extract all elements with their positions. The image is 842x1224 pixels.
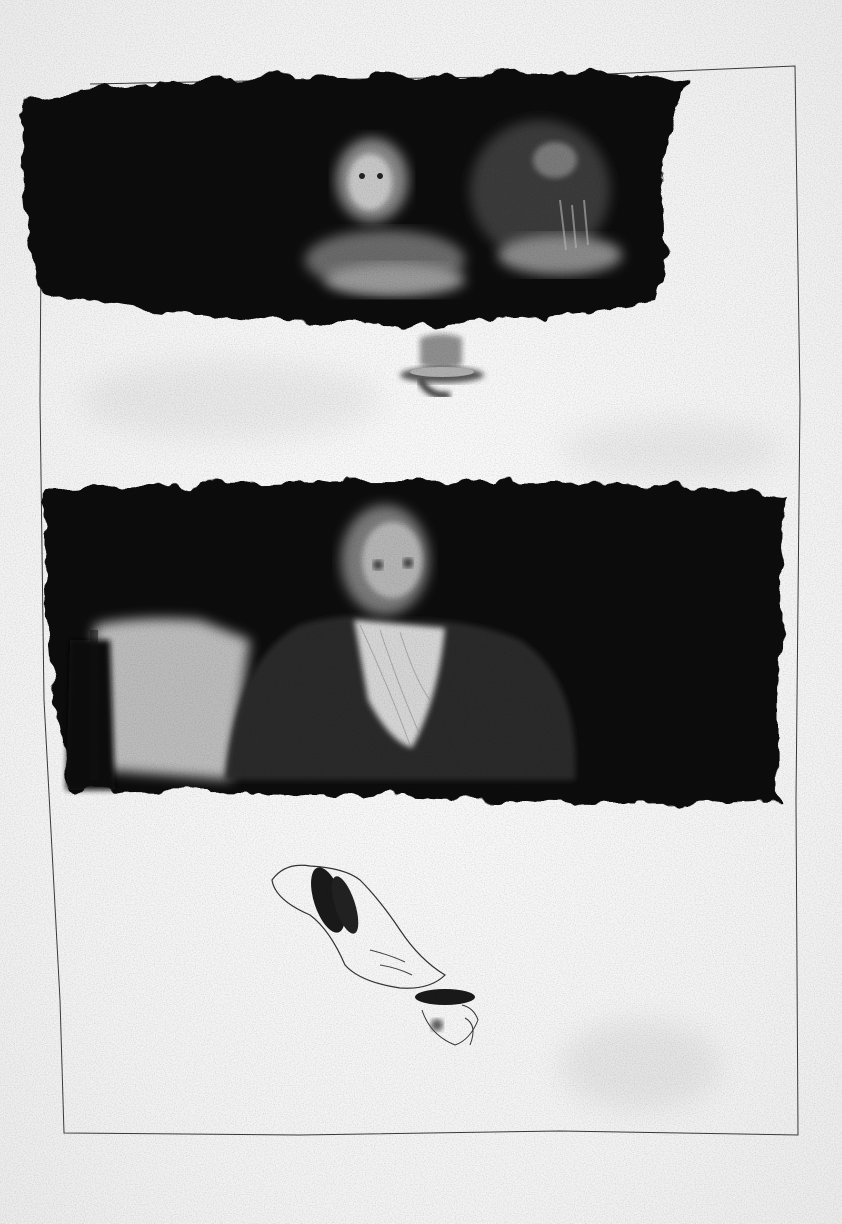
charcoal-artwork bbox=[0, 0, 842, 1224]
paper-grain bbox=[0, 0, 842, 1224]
drawing-sheet bbox=[0, 0, 842, 1224]
